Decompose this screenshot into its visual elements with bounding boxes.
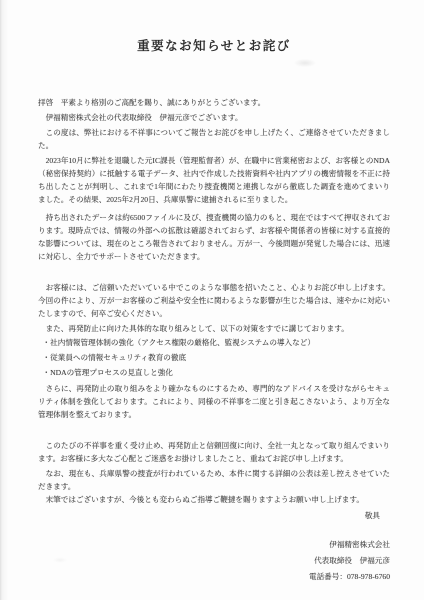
apology-letter-page: 重要なお知らせとお詫び 拝啓 平素より格別のご高配を賜り、誠にありがとうございま… (0, 0, 424, 600)
signature-phone-number: 電話番号：078-978-6760 (38, 569, 390, 585)
paragraph-incident: 2023年10月に弊社を退職した元IC課長（管理監督者）が、在職中に営業秘密およ… (38, 154, 390, 206)
paragraph-investigation-note: なお、現在も、兵庫県警の捜査が行われているため、本件に関する詳細の公表は差し控え… (38, 467, 390, 493)
greeting-line: 拝啓 平素より格別のご高配を賜り、誠にありがとうございます。 (38, 96, 390, 109)
closing-keigu: 敬具 (38, 509, 390, 522)
paragraph-customer-apology: お客様には、ご信頼いただいている中でこのような事態を招いたこと、心よりお詫び申し… (38, 281, 390, 320)
paragraph-commitment: このたびの不祥事を重く受け止め、再発防止と信頼回復に向け、全社一丸となって取り組… (38, 439, 390, 465)
paragraph-security-reinforcement: さらに、再発防止の取り組みをより確かなものにするため、専門的なアドバイスを受けな… (38, 382, 390, 421)
measure-item-access-control: ・社内情報管理体制の強化（アクセス権限の厳格化、監視システムの導入など） (38, 335, 390, 350)
signature-representative: 代表取締役 伊福元彦 (38, 553, 390, 569)
paragraph-measures-intro: また、再発防止に向けた具体的な取り組みとして、以下の対策をすでに講じております。 (38, 322, 390, 335)
signature-company-name: 伊福精密株式会社 (38, 537, 390, 553)
signature-block: 伊福精密株式会社 代表取締役 伊福元彦 電話番号：078-978-6760 (38, 537, 390, 585)
paragraph-final-request: 末筆ではございますが、今後とも変わらぬご指導ご鞭撻を賜りますようお願い申し上げま… (38, 493, 390, 506)
paragraph-data-seized: 持ち出されたデータは約6500ファイルに及び、捜査機関の協力のもと、現在ではすべ… (38, 211, 390, 263)
measure-item-nda-process: ・NDAの管理プロセスの見直しと強化 (38, 365, 390, 380)
intro-line-purpose: この度は、弊社における不祥事についてご報告とお詫びを申し上げたく、ご連絡させてい… (38, 126, 390, 152)
document-title: 重要なお知らせとお詫び (38, 36, 390, 54)
intro-line-company: 伊福精密株式会社の代表取締役 伊福元彦でございます。 (38, 111, 390, 124)
measure-item-security-training: ・従業員への情報セキュリティ教育の徹底 (38, 350, 390, 365)
